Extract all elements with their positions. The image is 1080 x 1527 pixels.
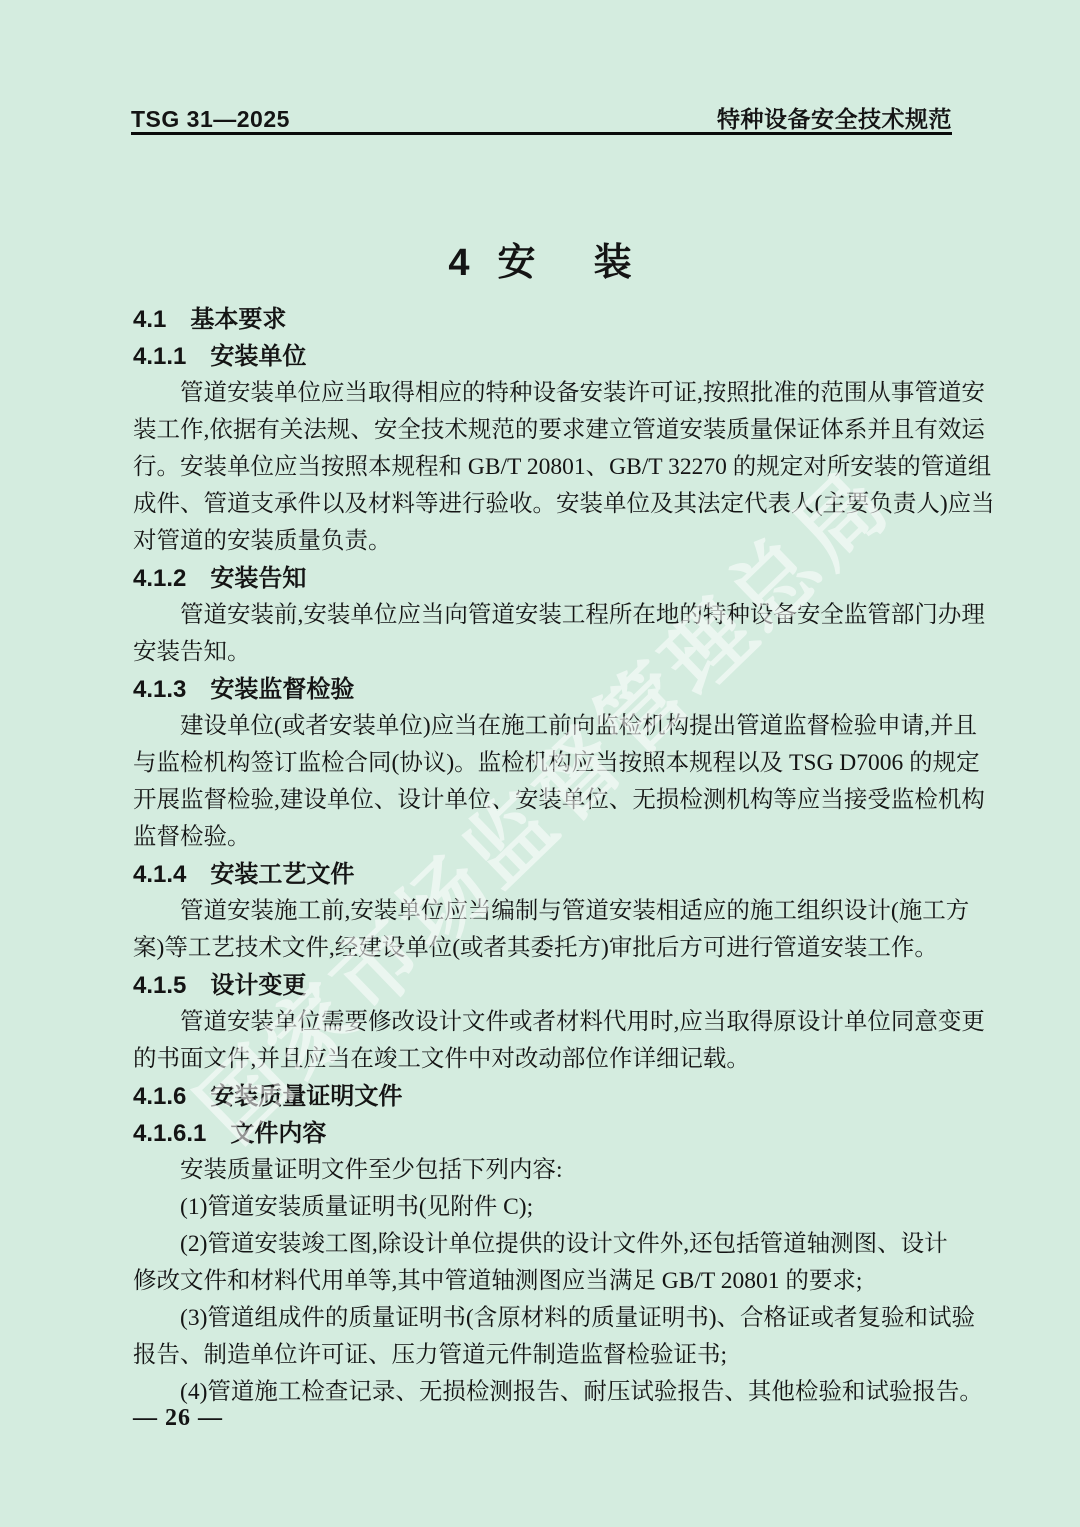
page-number: — 26 — [133,1405,223,1432]
paragraph-line: 建设单位(或者安装单位)应当在施工前向监检机构提出管道监督检验申请,并且 [133,708,963,745]
paragraph-line: 成件、管道支承件以及材料等进行验收。安装单位及其法定代表人(主要负责人)应当 [133,486,963,523]
doc-standard-name: 特种设备安全技术规范 [717,101,952,134]
body-text: 4.1 基本要求 4.1.1 安装单位 管道安装单位应当取得相应的特种设备安装许… [133,301,963,1411]
heading-4-1-1: 4.1.1 安装单位 [133,338,963,375]
paragraph-line: 的书面文件,并且应当在竣工文件中对改动部位作详细记载。 [133,1041,963,1078]
chapter-title: 4 安 装 [0,231,1080,286]
paragraph-line: 与监检机构签订监检合同(协议)。监检机构应当按照本规程以及 TSG D7006 … [133,745,963,782]
list-item-1: (1)管道安装质量证明书(见附件 C); [133,1189,963,1226]
list-item-2: (2)管道安装竣工图,除设计单位提供的设计文件外,还包括管道轴测图、设计 [133,1226,963,1263]
paragraph-line: 安装质量证明文件至少包括下列内容: [133,1152,963,1189]
heading-4-1-6: 4.1.6 安装质量证明文件 [133,1078,963,1115]
chapter-title-char-1: 安 [498,231,536,286]
paragraph-line: 管道安装施工前,安装单位应当编制与管道安装相适应的施工组织设计(施工方 [133,893,963,930]
paragraph-line: 开展监督检验,建设单位、设计单位、安装单位、无损检测机构等应当接受监检机构 [133,782,963,819]
paragraph-line: 管道安装单位应当取得相应的特种设备安装许可证,按照批准的范围从事管道安 [133,375,963,412]
paragraph-line: 安装告知。 [133,634,963,671]
heading-4-1-5: 4.1.5 设计变更 [133,967,963,1004]
heading-4-1-4: 4.1.4 安装工艺文件 [133,856,963,893]
paragraph-line: 管道安装单位需要修改设计文件或者材料代用时,应当取得原设计单位同意变更 [133,1004,963,1041]
chapter-number: 4 [448,242,469,285]
list-item-3-cont: 报告、制造单位许可证、压力管道元件制造监督检验证书; [133,1337,963,1374]
list-item-3: (3)管道组成件的质量证明书(含原材料的质量证明书)、合格证或者复验和试验 [133,1300,963,1337]
heading-4-1-6-1: 4.1.6.1 文件内容 [133,1115,963,1152]
page-header: TSG 31—2025 特种设备安全技术规范 [131,101,952,134]
paragraph-line: 行。安装单位应当按照本规程和 GB/T 20801、GB/T 32270 的规定… [133,449,963,486]
heading-4-1-3: 4.1.3 安装监督检验 [133,671,963,708]
heading-4-1-2: 4.1.2 安装告知 [133,560,963,597]
paragraph-line: 管道安装前,安装单位应当向管道安装工程所在地的特种设备安全监管部门办理 [133,597,963,634]
paragraph-line: 监督检验。 [133,819,963,856]
list-item-2-cont: 修改文件和材料代用单等,其中管道轴测图应当满足 GB/T 20801 的要求; [133,1263,963,1300]
heading-4-1: 4.1 基本要求 [133,301,963,338]
chapter-title-char-2: 装 [594,231,632,286]
document-page: 国家市场监督管理总局 TSG 31—2025 特种设备安全技术规范 4 安 装 … [0,0,1080,1527]
paragraph-line: 装工作,依据有关法规、安全技术规范的要求建立管道安装质量保证体系并且有效运 [133,412,963,449]
paragraph-line: 对管道的安装质量负责。 [133,523,963,560]
header-rule [131,132,952,135]
list-item-4: (4)管道施工检查记录、无损检测报告、耐压试验报告、其他检验和试验报告。 [133,1374,963,1411]
paragraph-line: 案)等工艺技术文件,经建设单位(或者其委托方)审批后方可进行管道安装工作。 [133,930,963,967]
doc-code: TSG 31—2025 [131,106,290,133]
